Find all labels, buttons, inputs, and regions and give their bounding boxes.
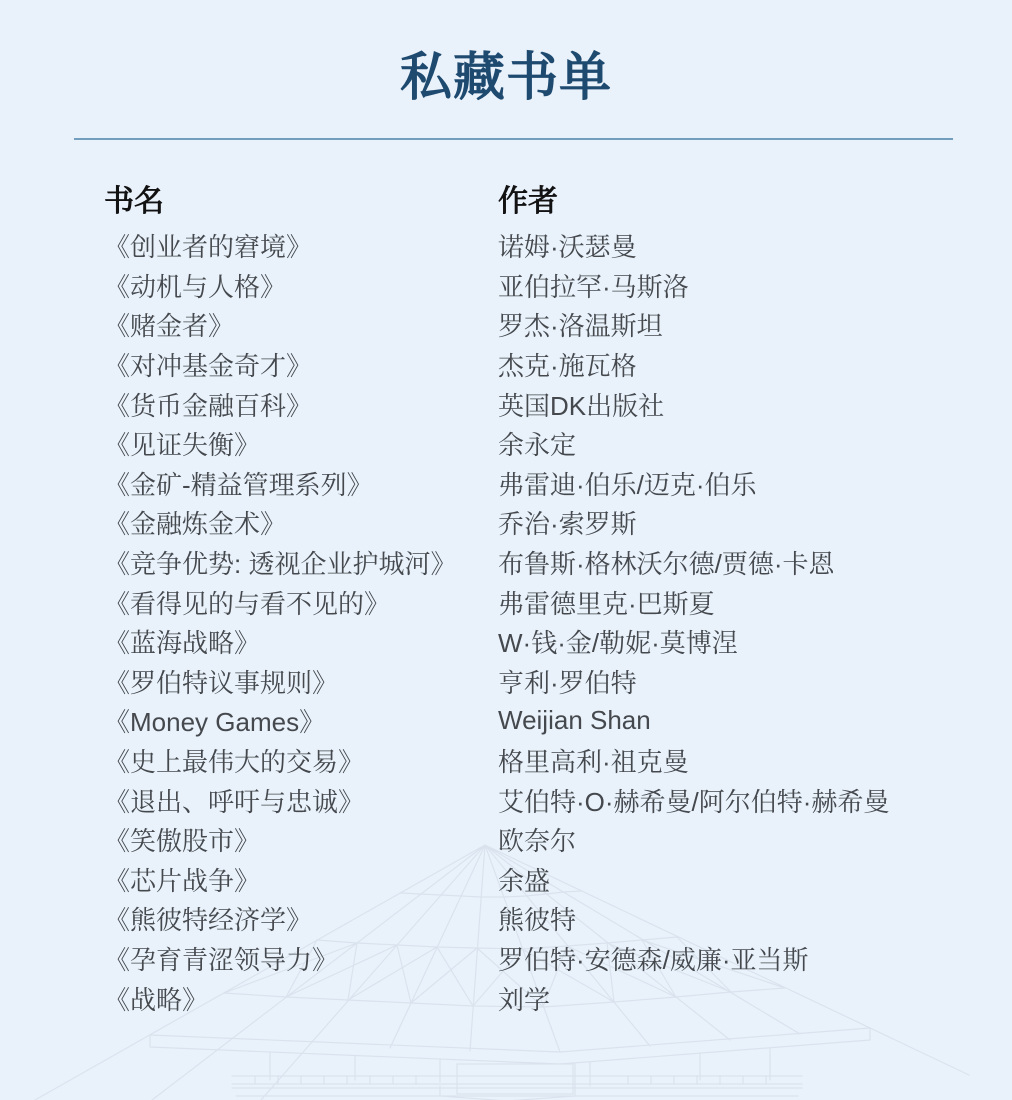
book-list-page: 私藏书单 书名 作者 《创业者的窘境》 诺姆·沃瑟曼 《动机与人格》 亚伯拉罕·… (0, 0, 1012, 1100)
book-title-cell: 《孕育青涩领导力》 (104, 940, 498, 977)
author-cell: 罗杰·洛温斯坦 (498, 306, 984, 343)
table-row: 《退出、呼吁与忠诚》 艾伯特·O·赫希曼/阿尔伯特·赫希曼 (104, 780, 984, 820)
author-cell: 欧奈尔 (498, 821, 984, 858)
table-row: 《金融炼金术》 乔治·索罗斯 (104, 503, 984, 543)
table-row: 《赌金者》 罗杰·洛温斯坦 (104, 305, 984, 345)
page-title: 私藏书单 (0, 44, 1012, 114)
book-title-cell: 《动机与人格》 (104, 267, 498, 304)
author-cell: 弗雷迪·伯乐/迈克·伯乐 (498, 465, 984, 502)
book-title-cell: 《退出、呼吁与忠诚》 (104, 782, 498, 819)
book-title-cell: 《对冲基金奇才》 (104, 346, 498, 383)
author-cell: 弗雷德里克·巴斯夏 (498, 584, 984, 621)
book-title-cell: 《见证失衡》 (104, 425, 498, 462)
book-title-cell: 《熊彼特经济学》 (104, 900, 498, 937)
book-title-cell: 《罗伯特议事规则》 (104, 663, 498, 700)
author-cell: 罗伯特·安德森/威廉·亚当斯 (498, 940, 984, 977)
author-cell: 布鲁斯·格林沃尔德/贾德·卡恩 (498, 544, 984, 581)
book-title-cell: 《金矿-精益管理系列》 (104, 465, 498, 502)
book-title-cell: 《竞争优势: 透视企业护城河》 (104, 544, 498, 581)
column-header-book-title: 书名 (104, 176, 498, 220)
table-row: 《对冲基金奇才》 杰克·施瓦格 (104, 345, 984, 385)
table-row: 《战略》 刘学 (104, 978, 984, 1018)
book-title-cell: 《战略》 (104, 980, 498, 1017)
table-row: 《创业者的窘境》 诺姆·沃瑟曼 (104, 226, 984, 266)
table-row: 《熊彼特经济学》 熊彼特 (104, 899, 984, 939)
book-title-cell: 《货币金融百科》 (104, 386, 498, 423)
book-list-table: 书名 作者 《创业者的窘境》 诺姆·沃瑟曼 《动机与人格》 亚伯拉罕·马斯洛 《… (104, 170, 984, 1018)
author-cell: 余盛 (498, 861, 984, 898)
author-cell: 余永定 (498, 425, 984, 462)
table-row: 《蓝海战略》 W·钱·金/勒妮·莫博涅 (104, 622, 984, 662)
author-cell: 英国DK出版社 (498, 386, 984, 423)
table-row: 《史上最伟大的交易》 格里高利·祖克曼 (104, 741, 984, 781)
table-header-row: 书名 作者 (104, 170, 984, 226)
book-title-cell: 《金融炼金术》 (104, 504, 498, 541)
table-row: 《货币金融百科》 英国DK出版社 (104, 384, 984, 424)
author-cell: Weijian Shan (498, 705, 984, 736)
title-divider (74, 138, 953, 140)
author-cell: 亨利·罗伯特 (498, 663, 984, 700)
table-row: 《竞争优势: 透视企业护城河》 布鲁斯·格林沃尔德/贾德·卡恩 (104, 543, 984, 583)
book-title-cell: 《Money Games》 (104, 702, 498, 739)
book-title-cell: 《赌金者》 (104, 306, 498, 343)
table-row: 《金矿-精益管理系列》 弗雷迪·伯乐/迈克·伯乐 (104, 464, 984, 504)
table-row: 《动机与人格》 亚伯拉罕·马斯洛 (104, 266, 984, 306)
author-cell: 熊彼特 (498, 900, 984, 937)
table-row: 《见证失衡》 余永定 (104, 424, 984, 464)
author-cell: 乔治·索罗斯 (498, 504, 984, 541)
author-cell: 艾伯特·O·赫希曼/阿尔伯特·赫希曼 (498, 782, 984, 819)
author-cell: 杰克·施瓦格 (498, 346, 984, 383)
table-row: 《看得见的与看不见的》 弗雷德里克·巴斯夏 (104, 582, 984, 622)
table-row: 《笑傲股市》 欧奈尔 (104, 820, 984, 860)
book-title-cell: 《看得见的与看不见的》 (104, 584, 498, 621)
book-title-cell: 《创业者的窘境》 (104, 227, 498, 264)
table-row: 《Money Games》 Weijian Shan (104, 701, 984, 741)
author-cell: W·钱·金/勒妮·莫博涅 (498, 623, 984, 660)
book-title-cell: 《芯片战争》 (104, 861, 498, 898)
author-cell: 诺姆·沃瑟曼 (498, 227, 984, 264)
book-title-cell: 《笑傲股市》 (104, 821, 498, 858)
book-title-cell: 《蓝海战略》 (104, 623, 498, 660)
table-row: 《孕育青涩领导力》 罗伯特·安德森/威廉·亚当斯 (104, 939, 984, 979)
column-header-author: 作者 (498, 176, 984, 220)
table-row: 《罗伯特议事规则》 亨利·罗伯特 (104, 662, 984, 702)
table-row: 《芯片战争》 余盛 (104, 860, 984, 900)
book-title-cell: 《史上最伟大的交易》 (104, 742, 498, 779)
author-cell: 格里高利·祖克曼 (498, 742, 984, 779)
author-cell: 亚伯拉罕·马斯洛 (498, 267, 984, 304)
author-cell: 刘学 (498, 980, 984, 1017)
